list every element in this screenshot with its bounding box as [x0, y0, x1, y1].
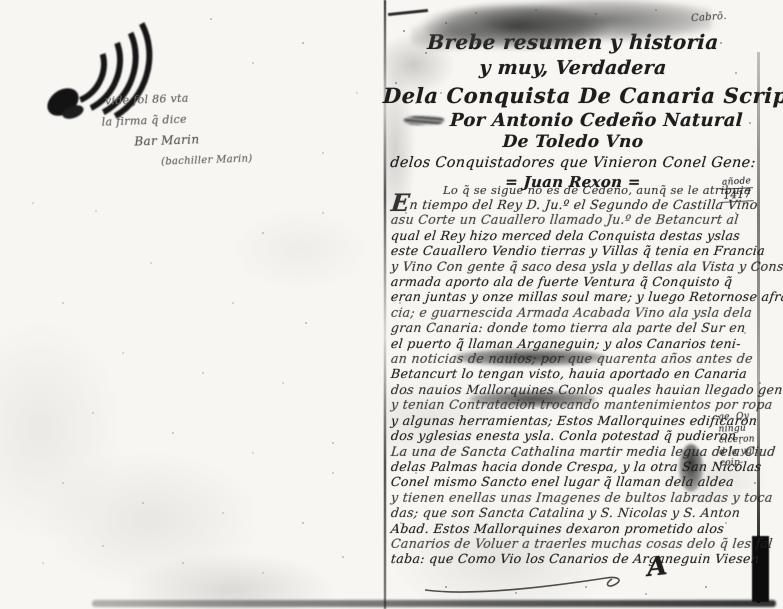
lead-attribution-line: Lo q̃ se sigue no es de Cedeño, aunq̃ se…	[443, 183, 756, 197]
title-line: Por Antonio Cedeño Natural	[449, 110, 743, 131]
crossed-out-word	[404, 116, 444, 125]
manuscript-line: Abad. Estos Mallorquines dexaron prometi…	[390, 521, 757, 536]
ink-smudge	[411, 0, 711, 56]
manuscript-line: y tienen enellas unas Imagenes de bultos…	[390, 490, 757, 505]
manuscript-scan: vide fol 86 vta la firma q̃ dice Bar Mar…	[0, 0, 783, 609]
scribal-flourish	[421, 566, 671, 598]
manuscript-line: En tiempo del Rey D. Ju.º el Segundo de …	[390, 197, 757, 212]
manuscript-line: y Vino Con gente q̃ saco desa ysla y del…	[390, 259, 757, 274]
manuscript-line: el puerto q̃ llaman Arganeguin; y alos C…	[390, 336, 757, 351]
title-author-row: Por Antonio Cedeño Natural	[383, 110, 763, 131]
scan-noise	[0, 0, 2, 2]
manuscript-line: gran Canaria: donde tomo tierra ala part…	[390, 320, 757, 335]
title-line: y muy, Verdadera	[382, 57, 764, 79]
ink-strikeout-blot	[470, 391, 595, 407]
manuscript-line: y algunas herramientas; Estos Mallorquin…	[390, 413, 757, 428]
right-page: Cabrō. Brebe resumen y historia y muy, V…	[383, 0, 783, 609]
manuscript-line: dos yglesias enesta ysla. Conla potestad…	[390, 428, 757, 443]
manuscript-line: Canarios de Voluer a traerles muchas cos…	[390, 536, 757, 551]
manuscript-line: qual el Rey hizo merced dela Conquista d…	[390, 228, 757, 243]
ink-strikeout-blot	[455, 349, 605, 366]
manuscript-line: armada aporto ala de fuerte Ventura q̃ C…	[390, 274, 757, 289]
manuscript-line: este Cauallero Vendio tierras y Villas q…	[390, 243, 757, 258]
title-line: De Toledo Vno	[382, 132, 763, 152]
manuscript-line: taba: que Como Vio los Canarios de Argan…	[390, 551, 757, 566]
manuscript-line: asu Corte un Cauallero llamado Ju.º de B…	[390, 212, 757, 227]
archivist-margin-note: vide fol 86 vta la firma q̃ dice Bar Mar…	[105, 85, 253, 174]
scan-noise	[383, 0, 385, 2]
manuscript-line-text: n tiempo del Rey D. Ju.º el Segundo de C…	[409, 197, 759, 212]
title-line: Dela Conquista De Canaria Scripta,	[383, 83, 764, 108]
manuscript-line: eran juntas y onze millas soul mare; y l…	[390, 289, 757, 304]
scan-bottom-shadow	[92, 600, 776, 607]
manuscript-line: das; que son Sancta Catalina y S. Nicola…	[390, 505, 757, 520]
left-page: vide fol 86 vta la firma q̃ dice Bar Mar…	[0, 0, 383, 609]
margin-note-line: (bachiller Marin)	[161, 148, 253, 172]
manuscript-body: Lo q̃ se sigue no es de Cedeño, aunq̃ se…	[391, 183, 756, 567]
ink-blot	[679, 444, 703, 492]
catchword-letter: A	[645, 551, 669, 583]
title-line: delos Conquistadores que Vinieron Conel …	[382, 155, 763, 171]
manuscript-line: Betancurt lo tengan visto, hauia aportad…	[390, 366, 757, 381]
manuscript-line: cia; e guarnescida Armada Acabada Vino a…	[390, 305, 757, 320]
